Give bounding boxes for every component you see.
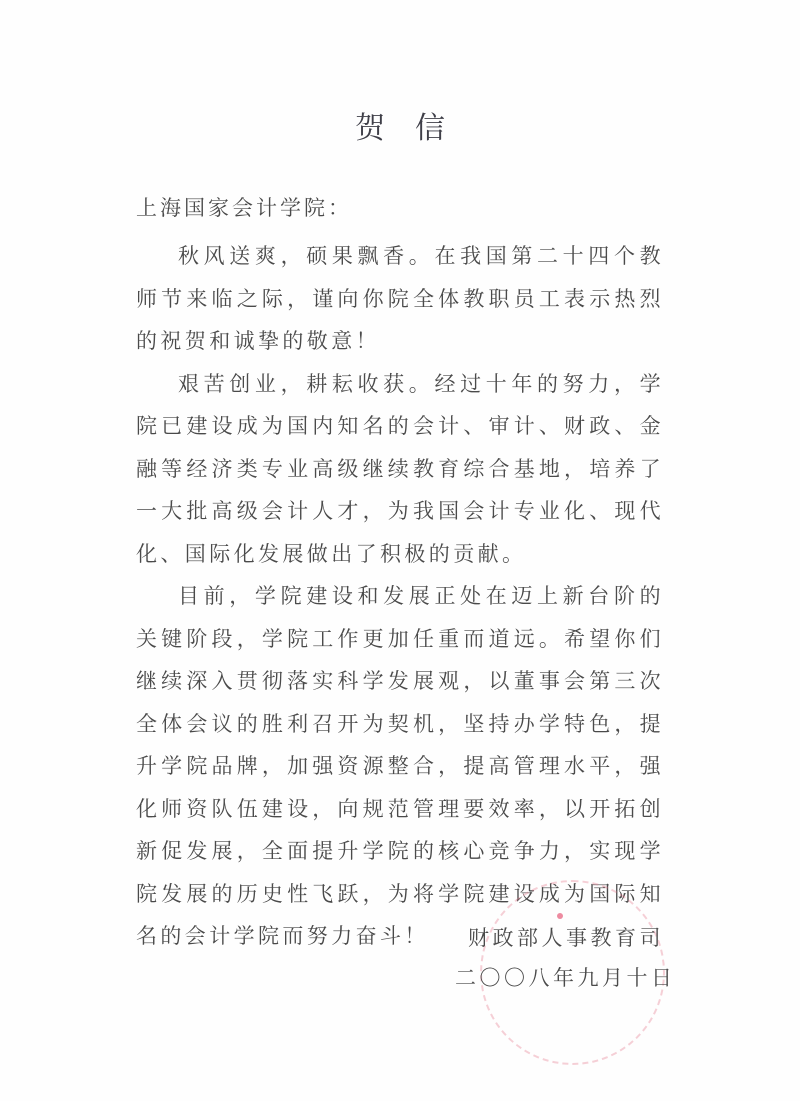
paragraph: 秋风送爽，硕果飘香。在我国第二十四个教师节来临之际，谨向你院全体教职员工表示热烈… [136, 235, 664, 363]
signature-date: 二〇〇八年九月十日 [455, 958, 676, 998]
salutation: 上海国家会计学院： [136, 192, 352, 222]
letter-title: 贺信 [0, 103, 800, 147]
letter-body: 秋风送爽，硕果飘香。在我国第二十四个教师节来临之际，谨向你院全体教职员工表示热烈… [136, 235, 664, 958]
letter-page: 贺信 上海国家会计学院： 秋风送爽，硕果飘香。在我国第二十四个教师节来临之际，谨… [0, 0, 800, 1101]
signature-block: 财政部人事教育司 二〇〇八年九月十日 [455, 918, 676, 998]
signature-organization: 财政部人事教育司 [455, 918, 676, 958]
paragraph: 艰苦创业，耕耘收获。经过十年的努力，学院已建设成为国内知名的会计、审计、财政、金… [136, 363, 664, 576]
